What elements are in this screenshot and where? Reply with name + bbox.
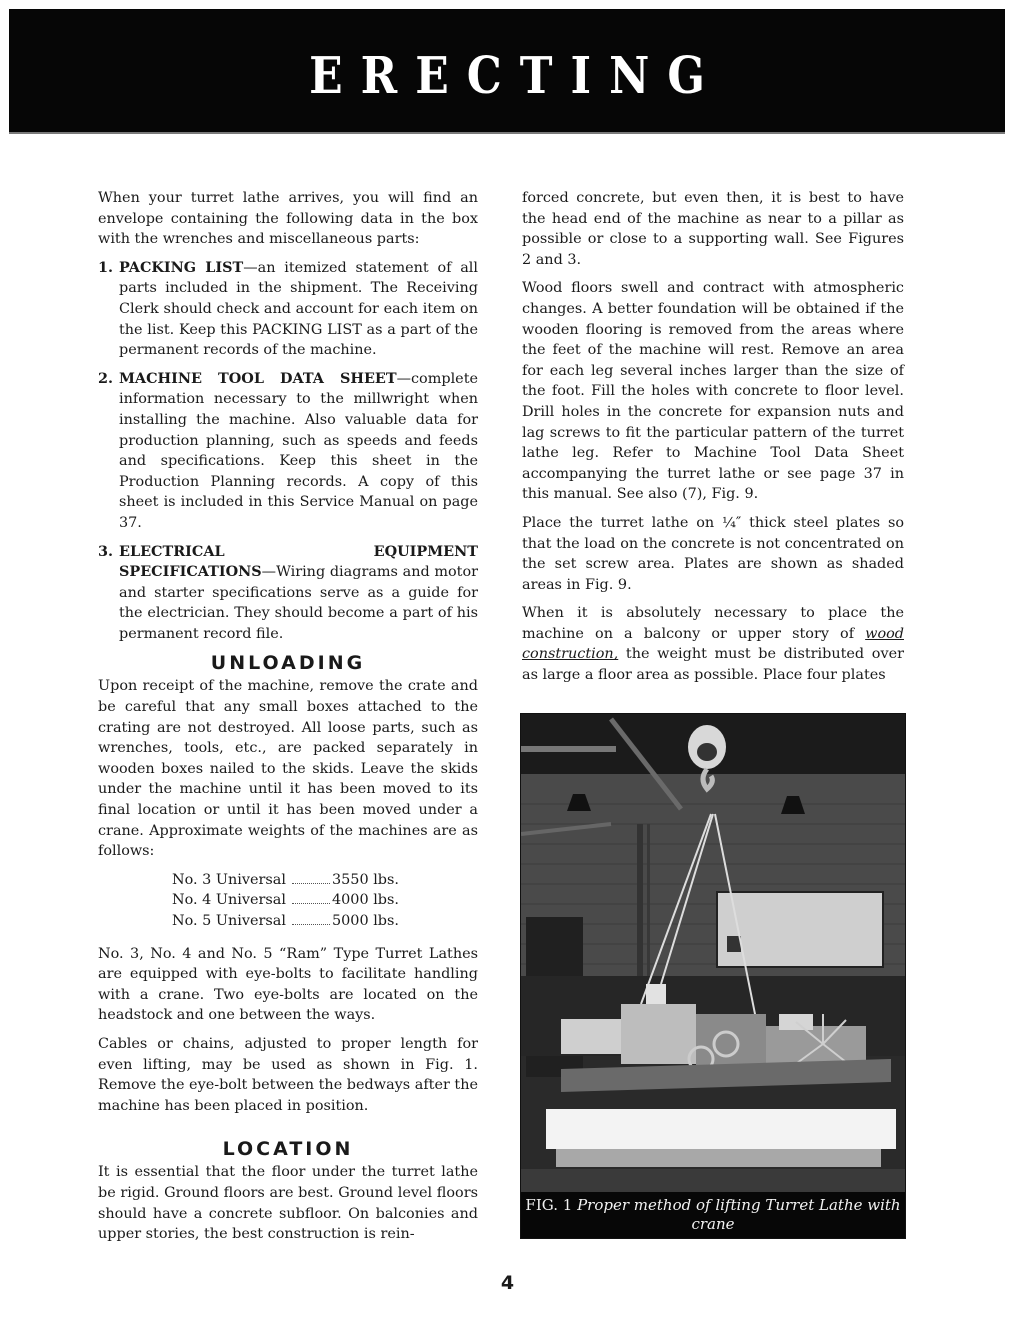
data-enclosures-list: 1. PACKING LIST—an itemized statement of…: [98, 258, 478, 645]
section-heading-location: LOCATION: [98, 1138, 478, 1160]
cables-paragraph: Cables or chains, adjusted to proper len…: [98, 1034, 478, 1116]
list-item-text: complete information necessary to the mi…: [119, 371, 478, 531]
location-paragraph-continued: forced concrete, but even then, it is be…: [522, 188, 904, 270]
page-number: 4: [0, 1272, 1015, 1294]
list-item-separator: —: [397, 371, 411, 387]
weight-value: 4000 lbs.: [332, 890, 399, 911]
weights-table: No. 3 Universal 3550 lbs. No. 4 Universa…: [172, 870, 478, 932]
dot-leader: [292, 924, 330, 925]
steel-plates-paragraph: Place the turret lathe on ¼″ thick steel…: [522, 513, 904, 595]
eye-bolts-paragraph: No. 3, No. 4 and No. 5 “Ram” Type Turret…: [98, 944, 478, 1026]
header-banner: ERECTING: [9, 9, 1005, 134]
list-number: 1.: [98, 258, 113, 279]
list-number: 3.: [98, 542, 113, 563]
list-number: 2.: [98, 369, 113, 390]
figure-1: FIG. 1 Proper method of lifting Turret L…: [520, 713, 906, 1239]
weight-row: No. 4 Universal 4000 lbs.: [172, 890, 478, 911]
balcony-text: When it is absolutely necessary to place…: [522, 605, 904, 642]
list-item-separator: —: [243, 260, 257, 276]
left-column: When your turret lathe arrives, you will…: [98, 188, 478, 1253]
section-heading-unloading: UNLOADING: [98, 652, 478, 674]
list-item-packing-list: 1. PACKING LIST—an itemized statement of…: [98, 258, 478, 361]
intro-paragraph: When your turret lathe arrives, you will…: [98, 188, 478, 250]
weight-model: No. 3 Universal: [172, 870, 290, 891]
weight-value: 5000 lbs.: [332, 911, 399, 932]
list-item-title: PACKING LIST: [119, 259, 243, 276]
weight-model: No. 4 Universal: [172, 890, 290, 911]
location-paragraph: It is essential that the floor under the…: [98, 1162, 478, 1244]
list-item-title: MACHINE TOOL DATA SHEET: [119, 370, 397, 387]
lathe-crane-photo: [521, 714, 905, 1192]
weight-model: No. 5 Universal: [172, 911, 290, 932]
dot-leader: [292, 903, 330, 904]
weight-row: No. 3 Universal 3550 lbs.: [172, 870, 478, 891]
list-item-separator: —: [262, 564, 276, 580]
unloading-paragraph: Upon receipt of the machine, remove the …: [98, 676, 478, 861]
figure-caption: FIG. 1 Proper method of lifting Turret L…: [521, 1192, 905, 1238]
figure-caption-text: Proper method of lifting Turret Lathe wi…: [577, 1196, 901, 1233]
list-item-machine-tool-data-sheet: 2. MACHINE TOOL DATA SHEET—complete info…: [98, 369, 478, 534]
weight-value: 3550 lbs.: [332, 870, 399, 891]
list-item-electrical-specifications: 3. ELECTRICAL EQUIPMENT SPECIFICATIONS—W…: [98, 542, 478, 645]
page-title: ERECTING: [9, 47, 1005, 106]
weight-row: No. 5 Universal 5000 lbs.: [172, 911, 478, 932]
wood-floors-paragraph: Wood floors swell and contract with atmo…: [522, 278, 904, 505]
right-column: forced concrete, but even then, it is be…: [522, 188, 904, 694]
figure-label: FIG. 1: [525, 1196, 572, 1214]
dot-leader: [292, 883, 330, 884]
balcony-paragraph: When it is absolutely necessary to place…: [522, 603, 904, 685]
